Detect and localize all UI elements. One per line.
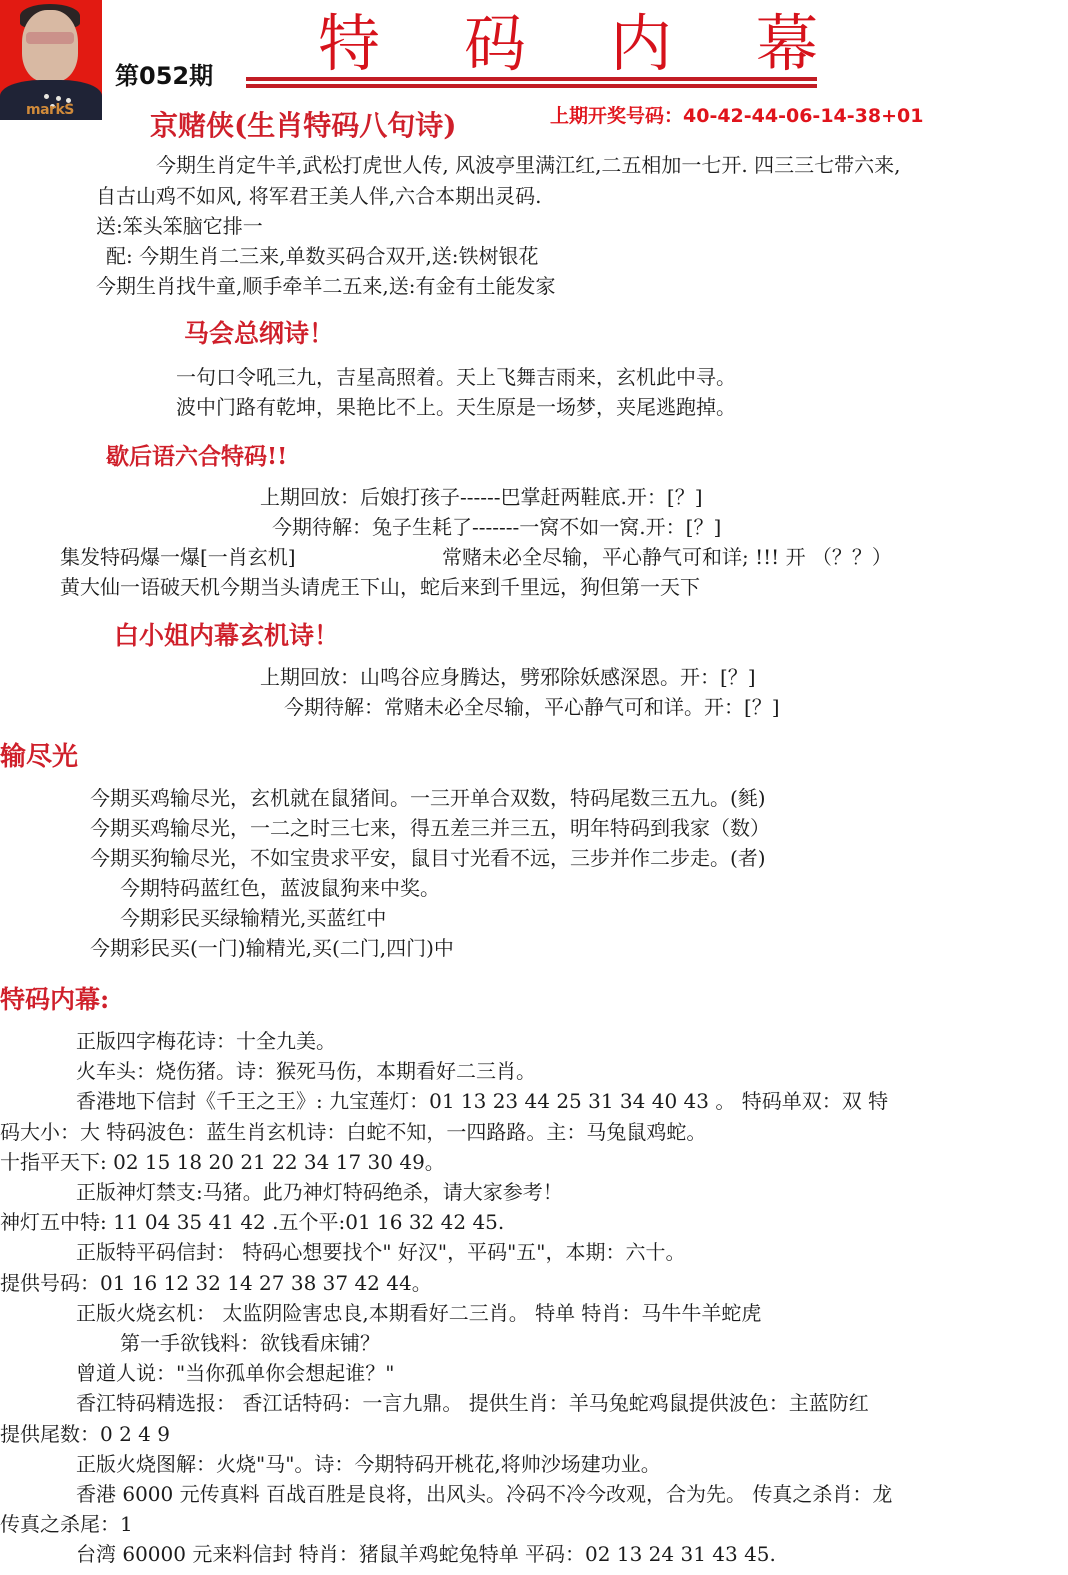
poem-line: 今期生肖找牛童,顺手牵羊二五来,送:有金有土能发家 bbox=[96, 271, 555, 301]
poem-line: 今期特码蓝红色，蓝波鼠狗来中奖。 bbox=[120, 873, 440, 903]
avatar-button-dot bbox=[56, 96, 61, 101]
info-line: 传真之杀尾：1 bbox=[0, 1509, 133, 1539]
title-rule-top bbox=[246, 77, 817, 81]
info-line: 正版特平码信封： 特码心想要找个" 好汉"，平码"五"，本期：六十。 bbox=[76, 1237, 686, 1267]
info-line: 提供号码：01 16 12 32 14 27 38 37 42 44。 bbox=[0, 1268, 432, 1298]
poem-line: 今期彩民买绿输精光,买蓝红中 bbox=[120, 903, 386, 933]
poem-line: 今期生肖定牛羊,武松打虎世人传, 风波亭里满江红,二五相加一七开. 四三三七带六… bbox=[156, 150, 901, 180]
poem-line: 一句口令吼三九，吉星高照着。天上飞舞吉雨来，玄机此中寻。 bbox=[176, 362, 736, 392]
huangdaxian-line: 黄大仙一语破天机今期当头请虎王下山，蛇后来到千里远，狗但第一天下 bbox=[60, 572, 700, 602]
info-line: 正版火烧玄机： 太监阴险害忠良,本期看好二三肖。 特单 特肖：马牛牛羊蛇虎 bbox=[76, 1298, 761, 1328]
section-heading-jingduxia: 京赌侠(生肖特码八句诗) bbox=[150, 104, 457, 144]
info-line: 火车头：烧伤猪。诗：猴死马伤，本期看好二三肖。 bbox=[76, 1056, 536, 1086]
title-rule-bottom bbox=[246, 84, 817, 88]
jifa-title: 集发特码爆一爆[一肖玄机] bbox=[60, 542, 296, 572]
info-line: 曾道人说："当你孤单你会想起谁？" bbox=[76, 1358, 394, 1388]
poem-line: 今期买鸡输尽光，一二之时三七来，得五差三并三五，明年特码到我家（数） bbox=[90, 813, 770, 843]
riddle-line: 今期待解：兔子生耗了-------一窝不如一窝.开：[？] bbox=[272, 512, 721, 542]
poem-line: 送:笨头笨脑它排一 bbox=[96, 211, 263, 241]
info-line: 正版火烧图解：火烧"马"。诗：今期特码开桃花,将帅沙场建功业。 bbox=[76, 1449, 661, 1479]
info-line: 香港地下信封《千王之王》: 九宝莲灯：01 13 23 44 25 31 34 … bbox=[76, 1086, 888, 1116]
poem-line: 今期买鸡输尽光，玄机就在鼠猪间。一三开单合双数，特码尾数三五九。(毵) bbox=[90, 783, 766, 813]
poem-line: 今期彩民买(一门)输精光,买(二门,四门)中 bbox=[90, 933, 454, 963]
avatar-watermark: markS bbox=[26, 102, 74, 118]
issue-number: 第052期 bbox=[115, 56, 213, 91]
avatar: markS bbox=[0, 0, 102, 120]
poem-line: 自古山鸡不如风, 将军君王美人伴,六合本期出灵码. bbox=[96, 181, 541, 211]
info-line: 香港 6000 元传真料 百战百胜是良将，出风头。冷码不冷今改观，合为先。 传真… bbox=[76, 1479, 892, 1509]
poem-line: 配: 今期生肖二三来,单数买码合双开,送:铁树银花 bbox=[106, 241, 539, 271]
avatar-glasses bbox=[26, 32, 74, 44]
riddle-line: 今期待解：常赌未必全尽输，平心静气可和详。开：[？] bbox=[284, 692, 780, 722]
section-heading-baixiaojie: 白小姐内幕玄机诗！ bbox=[114, 616, 339, 652]
info-line: 码大小：大 特码波色：蓝生肖玄机诗：白蛇不知，一四路路。主：马兔鼠鸡蛇。 bbox=[0, 1117, 706, 1147]
section-heading-shujinguang: 输尽光 bbox=[0, 736, 78, 773]
previous-draw-numbers: 40-42-44-06-14-38+01 bbox=[683, 105, 923, 127]
previous-draw-label: 上期开奖号码： bbox=[550, 105, 683, 127]
riddle-line: 上期回放：后娘打孩子------巴掌赶两鞋底.开：[？] bbox=[260, 482, 703, 512]
page-title: 特码内幕 bbox=[318, 6, 902, 82]
riddle-line: 上期回放：山鸣谷应身腾达，劈邪除妖感深恩。开：[？] bbox=[260, 662, 756, 692]
section-heading-temaneimu: 特码内幕: bbox=[0, 980, 109, 1016]
info-line: 香江特码精选报： 香江话特码：一言九鼎。 提供生肖：羊马兔蛇鸡鼠提供波色：主蓝防… bbox=[76, 1388, 869, 1418]
info-line: 提供尾数：0 2 4 9 bbox=[0, 1419, 170, 1449]
jifa-text: 常赌未必全尽输，平心静气可和详; !!! 开 （？？） bbox=[442, 542, 892, 572]
poem-line: 波中门路有乾坤，果艳比不上。天生原是一场梦，夹尾逃跑掉。 bbox=[176, 392, 736, 422]
info-line: 第一手欲钱料：欲钱看床铺？ bbox=[120, 1328, 380, 1358]
avatar-face bbox=[22, 10, 78, 82]
previous-draw: 上期开奖号码：40-42-44-06-14-38+01 bbox=[550, 101, 923, 128]
info-line: 台湾 60000 元来料信封 特肖：猪鼠羊鸡蛇兔特单 平码：02 13 24 3… bbox=[76, 1539, 776, 1569]
avatar-button-dot bbox=[44, 94, 49, 99]
section-heading-mahui: 马会总纲诗！ bbox=[184, 314, 334, 350]
section-heading-xiehouyu: 歇后语六合特码!! bbox=[106, 438, 287, 471]
info-line: 正版四字梅花诗：十全九美。 bbox=[76, 1026, 336, 1056]
poem-line: 今期买狗输尽光，不如宝贵求平安，鼠目寸光看不远，三步并作二步走。(者) bbox=[90, 843, 766, 873]
info-line: 十指平天下: 02 15 18 20 21 22 34 17 30 49。 bbox=[0, 1147, 445, 1177]
info-line: 神灯五中特: 11 04 35 41 42 .五个平:01 16 32 42 4… bbox=[0, 1207, 504, 1237]
info-line: 正版神灯禁支:马猪。此乃神灯特码绝杀，请大家参考！ bbox=[76, 1177, 563, 1207]
